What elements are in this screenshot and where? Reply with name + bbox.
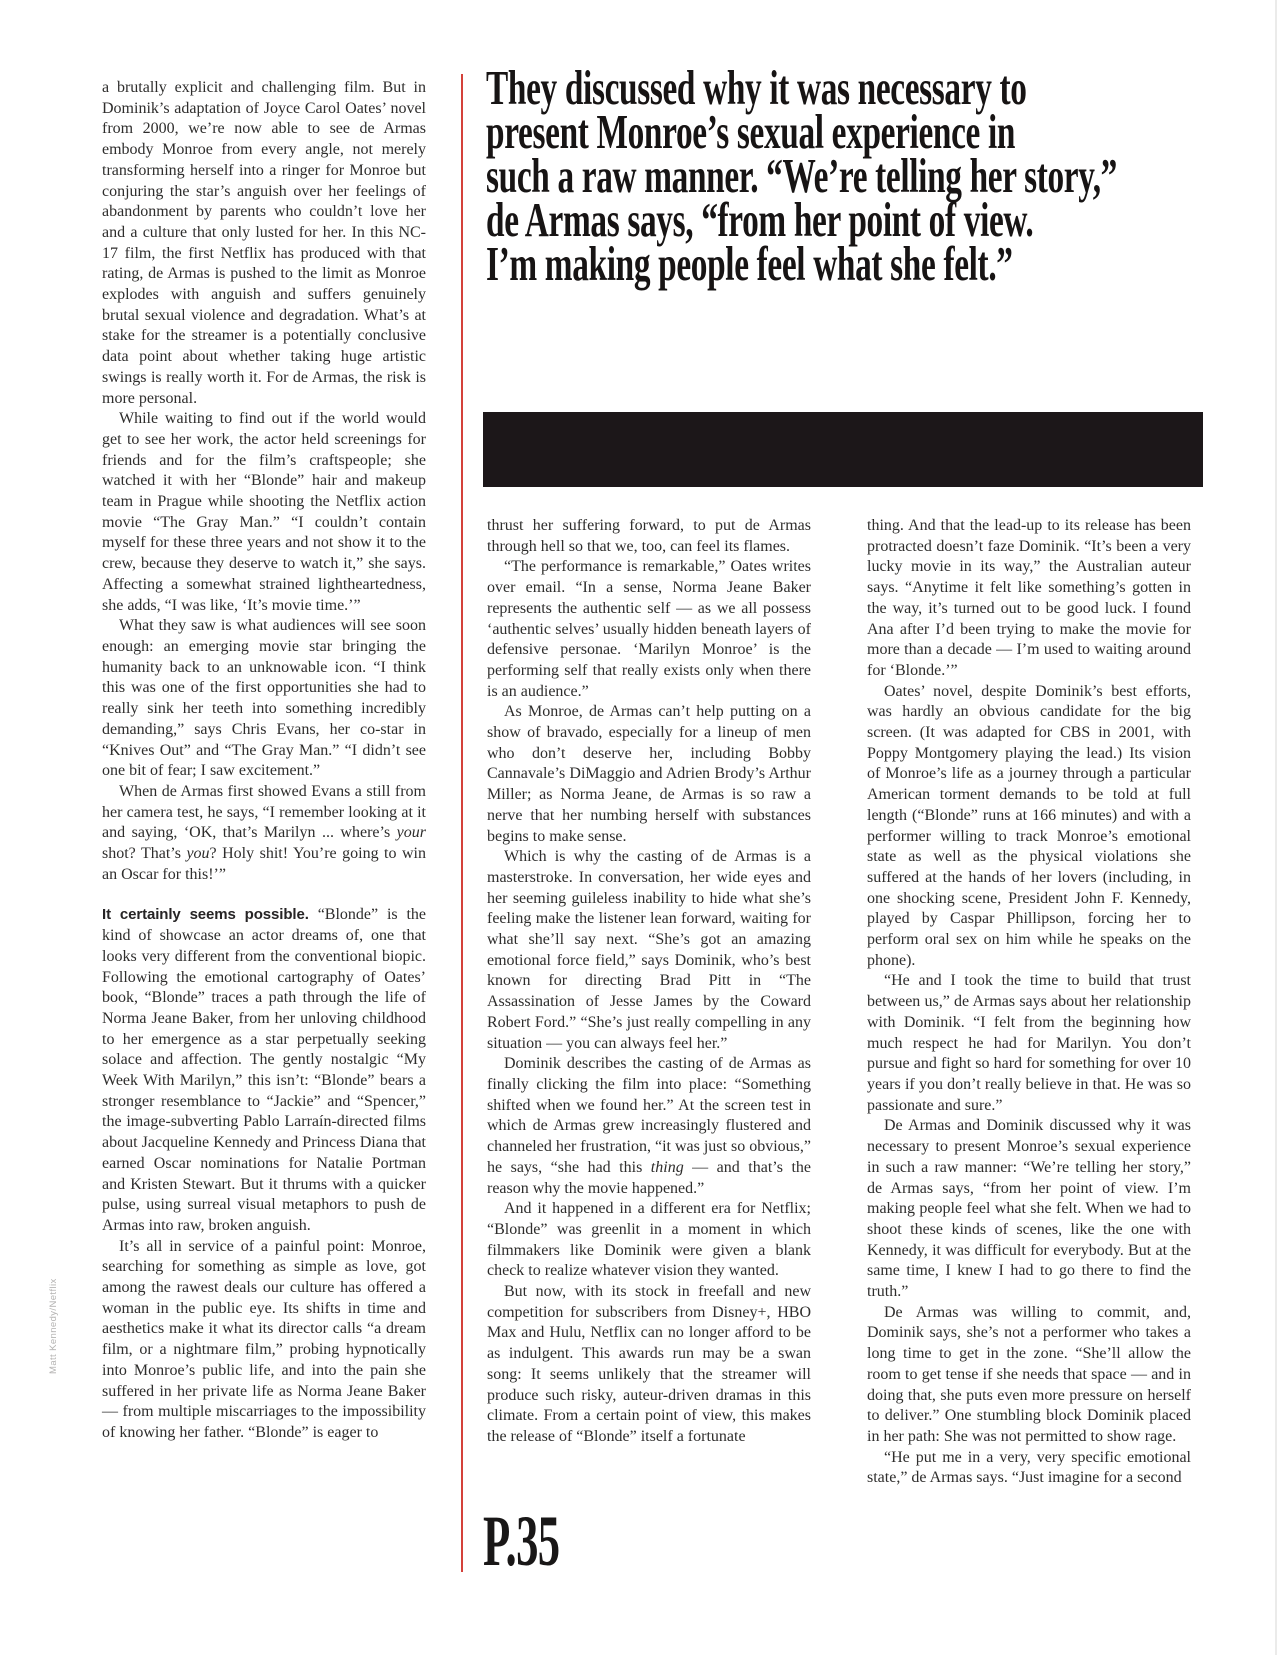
paragraph: When de Armas first showed Evans a still… xyxy=(102,782,426,886)
text-run: thrust her suffering forward, to put de … xyxy=(487,517,811,555)
text-run: While waiting to find out if the world w… xyxy=(102,410,426,613)
magazine-page: They discussed why it was necessary topr… xyxy=(0,0,1280,1655)
text-run: Oates’ novel, despite Dominik’s best eff… xyxy=(867,683,1191,969)
paragraph: What they saw is what audiences will see… xyxy=(102,616,426,782)
text-run: your xyxy=(397,824,426,841)
article-column-left: a brutally explicit and challenging film… xyxy=(102,78,426,1444)
text-run: “The performance is remarkable,” Oates w… xyxy=(487,558,811,699)
paragraph: And it happened in a different era for N… xyxy=(487,1199,811,1282)
paragraph: While waiting to find out if the world w… xyxy=(102,409,426,616)
article-column-right: thing. And that the lead-up to its relea… xyxy=(867,516,1191,1489)
paragraph: Dominik describes the casting of de Arma… xyxy=(487,1054,811,1199)
paragraph: “He put me in a very, very specific emot… xyxy=(867,1448,1191,1489)
text-run: a brutally explicit and challenging film… xyxy=(102,79,426,407)
paragraph: It’s all in service of a painful point: … xyxy=(102,1237,426,1444)
paragraph: a brutally explicit and challenging film… xyxy=(102,78,426,409)
text-run: It’s all in service of a painful point: … xyxy=(102,1238,426,1441)
text-run: you xyxy=(186,845,209,862)
page-number-text: P.35 xyxy=(483,1506,559,1576)
pull-quote-line: I’m making people feel what she felt.” xyxy=(486,242,1208,286)
paragraph: “The performance is remarkable,” Oates w… xyxy=(487,557,811,702)
pull-quote-line-text: I’m making people feel what she felt.” xyxy=(486,242,1013,286)
paragraph: De Armas and Dominik discussed why it wa… xyxy=(867,1116,1191,1302)
text-run: When de Armas first showed Evans a still… xyxy=(102,783,426,841)
paragraph: thrust her suffering forward, to put de … xyxy=(487,516,811,557)
text-run: “Blonde” is the kind of showcase an acto… xyxy=(102,906,426,1234)
paragraph: It certainly seems possible. “Blonde” is… xyxy=(102,905,426,1236)
redaction-bar xyxy=(483,412,1203,487)
paragraph: Which is why the casting of de Armas is … xyxy=(487,847,811,1054)
paragraph: thing. And that the lead-up to its relea… xyxy=(867,516,1191,682)
text-run: De Armas was willing to commit, and, Dom… xyxy=(867,1304,1191,1445)
paragraph: Oates’ novel, despite Dominik’s best eff… xyxy=(867,682,1191,972)
text-run: shot? That’s xyxy=(102,845,186,862)
pull-quote: They discussed why it was necessary topr… xyxy=(486,66,1208,286)
text-run: Which is why the casting of de Armas is … xyxy=(487,848,811,1051)
text-run: And it happened in a different era for N… xyxy=(487,1200,811,1279)
paragraph: De Armas was willing to commit, and, Dom… xyxy=(867,1303,1191,1448)
text-run: thing xyxy=(651,1159,684,1176)
text-run: Dominik describes the casting of de Arma… xyxy=(487,1055,811,1176)
text-run: As Monroe, de Armas can’t help putting o… xyxy=(487,703,811,844)
page-number: P.35 xyxy=(483,1506,606,1596)
photo-credit: Matt Kennedy/Netflix xyxy=(48,1278,59,1374)
text-run: But now, with its stock in freefall and … xyxy=(487,1283,811,1445)
text-run: thing. And that the lead-up to its relea… xyxy=(867,517,1191,679)
text-run: De Armas and Dominik discussed why it wa… xyxy=(867,1117,1191,1300)
red-vertical-rule xyxy=(461,74,463,1572)
section-lead-text: It certainly seems possible. xyxy=(102,906,318,923)
paragraph: As Monroe, de Armas can’t help putting o… xyxy=(487,702,811,847)
paragraph: “He and I took the time to build that tr… xyxy=(867,971,1191,1116)
text-run: What they saw is what audiences will see… xyxy=(102,617,426,779)
text-run: “He and I took the time to build that tr… xyxy=(867,972,1191,1113)
page-edge-line xyxy=(1275,0,1277,1655)
text-run: “He put me in a very, very specific emot… xyxy=(867,1449,1191,1487)
article-column-middle: thrust her suffering forward, to put de … xyxy=(487,516,811,1448)
paragraph: But now, with its stock in freefall and … xyxy=(487,1282,811,1448)
